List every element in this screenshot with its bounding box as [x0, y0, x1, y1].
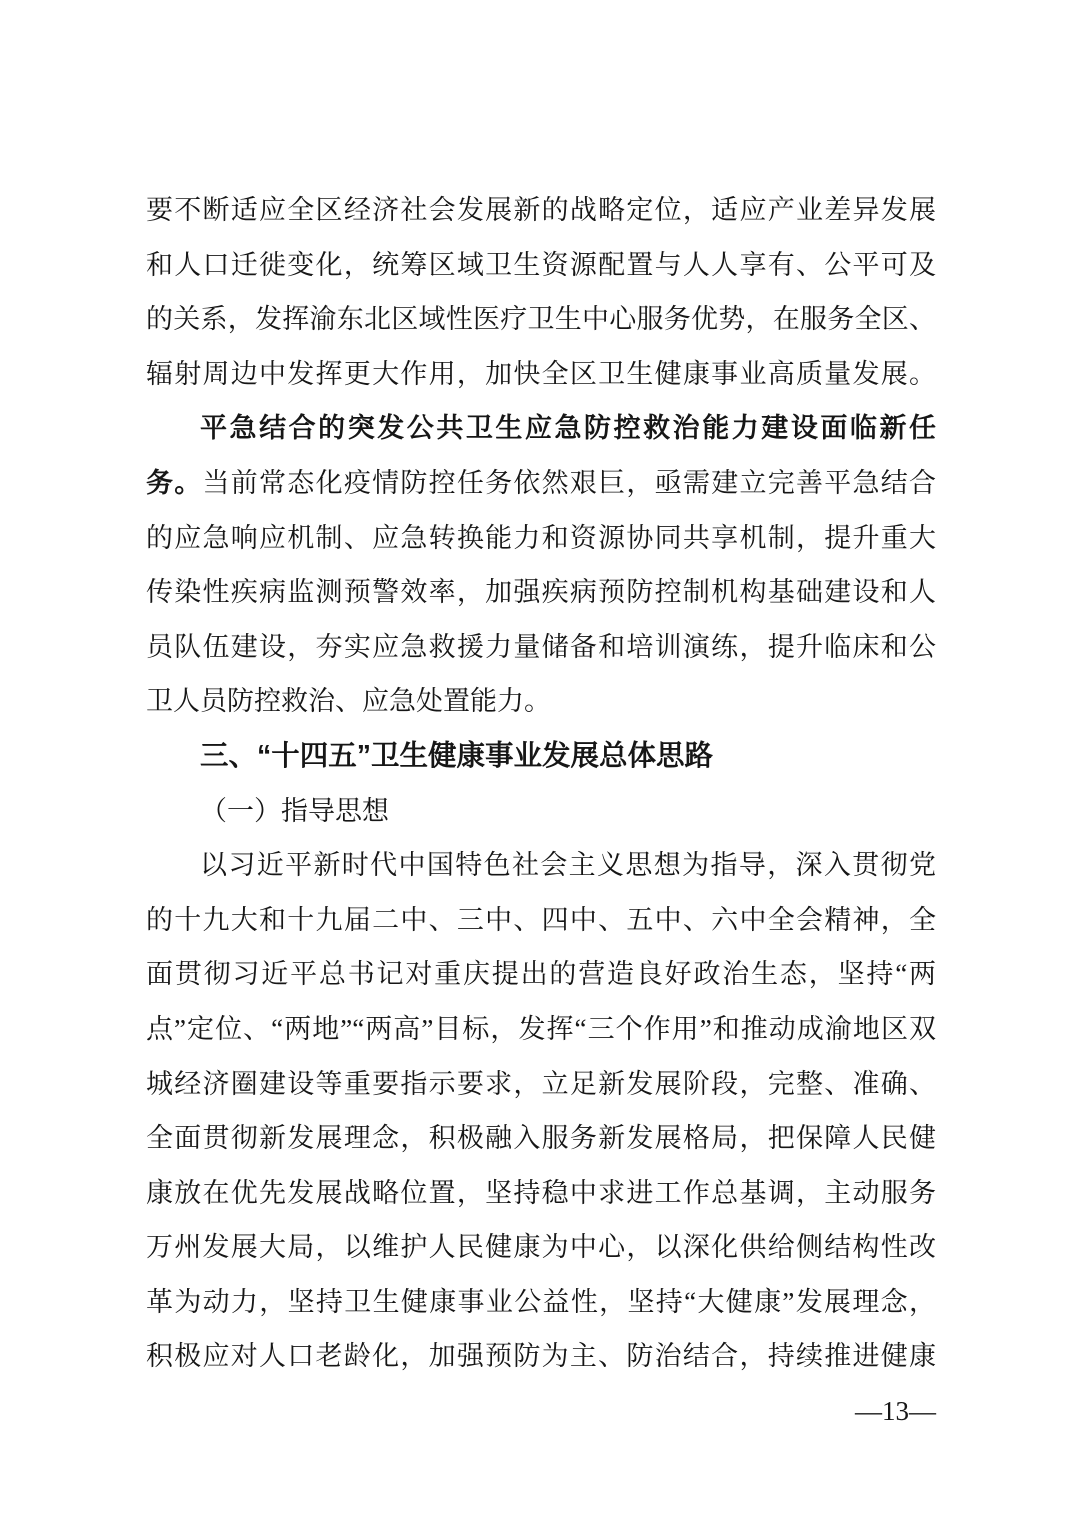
- text-line: 革为动力，坚持卫生健康事业公益性，坚持“大健康”发展理念，: [146, 1275, 936, 1330]
- text-run: 面贯彻习近平总书记对重庆提出的营造良好政治生态，坚持“两: [146, 959, 936, 989]
- text-line: 务。当前常态化疫情防控任务依然艰巨，亟需建立完善平急结合: [146, 456, 936, 511]
- text-run: 当前常态化疫情防控任务依然艰巨，亟需建立完善平急结合: [203, 468, 936, 498]
- text-line: 和人口迁徙变化，统筹区域卫生资源配置与人人享有、公平可及: [146, 238, 936, 293]
- text-line: 员队伍建设，夯实应急救援力量储备和培训演练，提升临床和公: [146, 620, 936, 675]
- text-run: 和人口迁徙变化，统筹区域卫生资源配置与人人享有、公平可及: [146, 250, 936, 280]
- text-line: 全面贯彻新发展理念，积极融入服务新发展格局，把保障人民健: [146, 1111, 936, 1166]
- text-run: （一）指导思想: [200, 796, 389, 826]
- text-run: 以习近平新时代中国特色社会主义思想为指导，深入贯彻党: [200, 850, 936, 880]
- text-run: 要不断适应全区经济社会发展新的战略定位，适应产业差异发展: [146, 195, 936, 225]
- text-line: 积极应对人口老龄化，加强预防为主、防治结合，持续推进健康: [146, 1329, 936, 1384]
- text-line: 要不断适应全区经济社会发展新的战略定位，适应产业差异发展: [146, 183, 936, 238]
- text-run: 积极应对人口老龄化，加强预防为主、防治结合，持续推进健康: [146, 1341, 936, 1371]
- text-line: 传染性疾病监测预警效率，加强疾病预防控制机构基础建设和人: [146, 565, 936, 620]
- text-run: 康放在优先发展战略位置，坚持稳中求进工作总基调，主动服务: [146, 1178, 936, 1208]
- text-line: 城经济圈建设等重要指示要求，立足新发展阶段，完整、准确、: [146, 1057, 936, 1112]
- text-line: 的关系，发挥渝东北区域性医疗卫生中心服务优势，在服务全区、: [146, 292, 936, 347]
- text-line: 点”定位、“两地”“两高”目标，发挥“三个作用”和推动成渝地区双: [146, 1002, 936, 1057]
- text-run: 的十九大和十九届二中、三中、四中、五中、六中全会精神，全: [146, 905, 936, 935]
- text-run: 传染性疾病监测预警效率，加强疾病预防控制机构基础建设和人: [146, 577, 936, 607]
- text-run: 全面贯彻新发展理念，积极融入服务新发展格局，把保障人民健: [146, 1123, 936, 1153]
- page-number: —13—: [146, 1396, 936, 1427]
- bold-text-run: 务。: [146, 468, 203, 498]
- text-run: 点”定位、“两地”“两高”目标，发挥“三个作用”和推动成渝地区双: [146, 1014, 936, 1044]
- text-line: 的十九大和十九届二中、三中、四中、五中、六中全会精神，全: [146, 893, 936, 948]
- document-page: 要不断适应全区经济社会发展新的战略定位，适应产业差异发展和人口迁徙变化，统筹区域…: [0, 0, 1074, 1520]
- text-line: 的应急响应机制、应急转换能力和资源协同共享机制，提升重大: [146, 511, 936, 566]
- text-run: 的应急响应机制、应急转换能力和资源协同共享机制，提升重大: [146, 523, 936, 553]
- text-line: 卫人员防控救治、应急处置能力。: [146, 674, 936, 729]
- bold-text-run: 三、“十四五”卫生健康事业发展总体思路: [200, 740, 713, 772]
- text-run: 城经济圈建设等重要指示要求，立足新发展阶段，完整、准确、: [146, 1069, 936, 1099]
- text-run: 万州发展大局，以维护人民健康为中心，以深化供给侧结构性改: [146, 1232, 936, 1262]
- text-line: 康放在优先发展战略位置，坚持稳中求进工作总基调，主动服务: [146, 1166, 936, 1221]
- text-line: 面贯彻习近平总书记对重庆提出的营造良好政治生态，坚持“两: [146, 947, 936, 1002]
- text-line: 平急结合的突发公共卫生应急防控救治能力建设面临新任: [146, 401, 936, 456]
- text-line: 辐射周边中发挥更大作用，加快全区卫生健康事业高质量发展。: [146, 347, 936, 402]
- text-run: 辐射周边中发挥更大作用，加快全区卫生健康事业高质量发展。: [146, 359, 936, 389]
- text-block: 要不断适应全区经济社会发展新的战略定位，适应产业差异发展和人口迁徙变化，统筹区域…: [146, 183, 936, 1384]
- subsection-heading: （一）指导思想: [146, 784, 936, 839]
- text-run: 卫人员防控救治、应急处置能力。: [146, 686, 551, 716]
- text-run: 革为动力，坚持卫生健康事业公益性，坚持“大健康”发展理念，: [146, 1287, 936, 1317]
- text-run: 的关系，发挥渝东北区域性医疗卫生中心服务优势，在服务全区、: [146, 304, 936, 334]
- text-line: 以习近平新时代中国特色社会主义思想为指导，深入贯彻党: [146, 838, 936, 893]
- bold-text-run: 平急结合的突发公共卫生应急防控救治能力建设面临新任: [200, 413, 936, 443]
- text-run: 员队伍建设，夯实应急救援力量储备和培训演练，提升临床和公: [146, 632, 936, 662]
- text-line: 万州发展大局，以维护人民健康为中心，以深化供给侧结构性改: [146, 1220, 936, 1275]
- section-heading: 三、“十四五”卫生健康事业发展总体思路: [146, 729, 936, 784]
